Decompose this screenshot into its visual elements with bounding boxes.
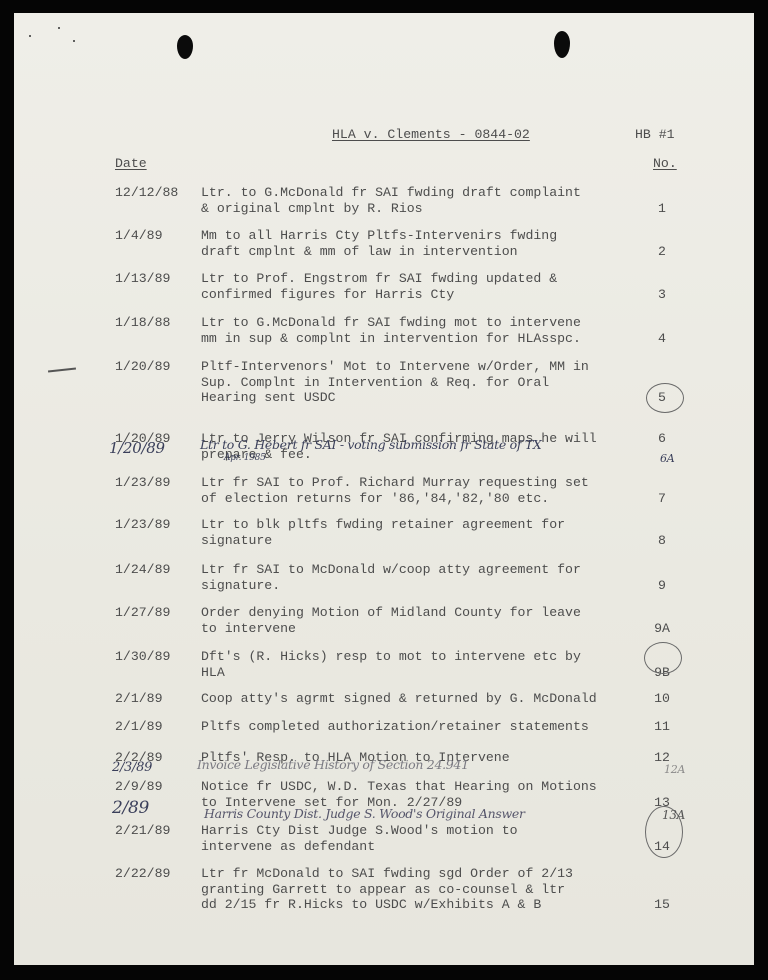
entry-number: 7 (642, 491, 682, 507)
handwritten-note-12a: Invoice Legislative History of Section 2… (197, 757, 469, 772)
speck (29, 35, 31, 37)
speck (73, 40, 75, 42)
entry-description: signature. (201, 578, 280, 594)
entry-date: 2/9/89 (115, 779, 162, 795)
entry-description: draft cmplnt & mm of law in intervention (201, 244, 518, 260)
entry-number: 3 (642, 287, 682, 303)
entry-description: Dft's (R. Hicks) resp to mot to interven… (201, 649, 581, 665)
entry-description: Ltr fr McDonald to SAI fwding sgd Order … (201, 866, 573, 882)
handwritten-no-12a: 12A (664, 763, 685, 776)
column-header-date: Date (115, 156, 147, 172)
entry-description: Coop atty's agrmt signed & returned by G… (201, 691, 597, 707)
entry-description: Mm to all Harris Cty Pltfs-Intervenirs f… (201, 228, 557, 244)
entry-description: Ltr to G.McDonald fr SAI fwding mot to i… (201, 315, 581, 331)
entry-date: 2/1/89 (115, 691, 162, 707)
binder-label: HB #1 (635, 127, 675, 143)
handwritten-note-6a: Ltr to G. Hebert fr SAI - voting submiss… (200, 437, 542, 452)
entry-number: 10 (642, 691, 682, 707)
entry-description: Ltr fr SAI to McDonald w/coop atty agree… (201, 562, 581, 578)
handwritten-no-6a: 6A (660, 452, 674, 465)
entry-description: to intervene (201, 621, 296, 637)
entry-date: 1/27/89 (115, 605, 170, 621)
entry-description: Ltr to blk pltfs fwding retainer agreeme… (201, 517, 565, 533)
document-title: HLA v. Clements - 0844-02 (332, 127, 530, 143)
entry-number: 4 (642, 331, 682, 347)
circle-mark-9b (644, 642, 682, 674)
handwritten-sub-6a: Apr. 1985 (224, 453, 266, 463)
entry-number: 15 (642, 897, 682, 913)
entry-date: 1/23/89 (115, 475, 170, 491)
entry-number: 9 (642, 578, 682, 594)
entry-description: intervene as defendant (201, 839, 375, 855)
column-header-no: No. (653, 156, 677, 172)
entry-date: 1/23/89 (115, 517, 170, 533)
entry-description: of election returns for '86,'84,'82,'80 … (201, 491, 549, 507)
entry-number: 1 (642, 201, 682, 217)
handwritten-note-13a: Harris County Dist. Judge S. Wood's Orig… (204, 806, 525, 821)
entry-description: Ltr. to G.McDonald fr SAI fwding draft c… (201, 185, 581, 201)
margin-mark (48, 368, 76, 373)
punch-hole-left (177, 35, 193, 59)
entry-description: signature (201, 533, 272, 549)
entry-description: confirmed figures for Harris Cty (201, 287, 454, 303)
entry-date: 1/4/89 (115, 228, 162, 244)
entry-number: 9A (642, 621, 682, 637)
entry-description: Notice fr USDC, W.D. Texas that Hearing … (201, 779, 597, 795)
entry-description: & original cmplnt by R. Rios (201, 201, 423, 217)
document-page: HLA v. Clements - 0844-02 HB #1 Date No.… (14, 13, 754, 965)
entry-description: Pltfs completed authorization/retainer s… (201, 719, 589, 735)
handwritten-date-12a: 2/3/89 (112, 760, 152, 775)
circle-mark-5 (646, 383, 684, 413)
entry-description: Ltr fr SAI to Prof. Richard Murray reque… (201, 475, 589, 491)
entry-description: Ltr to Prof. Engstrom fr SAI fwding upda… (201, 271, 557, 287)
handwritten-date-6a: 1/20/89 (109, 439, 165, 457)
entry-number: 8 (642, 533, 682, 549)
entry-date: 2/22/89 (115, 866, 170, 882)
speck (58, 27, 60, 29)
handwritten-no-13a: 13A (662, 808, 685, 822)
entry-date: 1/13/89 (115, 271, 170, 287)
entry-description: dd 2/15 fr R.Hicks to USDC w/Exhibits A … (201, 897, 541, 913)
punch-hole-right (554, 31, 570, 58)
entry-date: 1/24/89 (115, 562, 170, 578)
entry-number: 6 (642, 431, 682, 447)
entry-date: 12/12/88 (115, 185, 178, 201)
entry-date: 2/21/89 (115, 823, 170, 839)
entry-date: 2/1/89 (115, 719, 162, 735)
entry-date: 1/30/89 (115, 649, 170, 665)
entry-description: HLA (201, 665, 225, 681)
entry-description: Hearing sent USDC (201, 390, 336, 406)
entry-description: Order denying Motion of Midland County f… (201, 605, 581, 621)
entry-number: 11 (642, 719, 682, 735)
handwritten-date-13a: 2/89 (112, 798, 149, 818)
entry-description: Pltf-Intervenors' Mot to Intervene w/Ord… (201, 359, 589, 375)
entry-description: Sup. Complnt in Intervention & Req. for … (201, 375, 549, 391)
entry-description: mm in sup & complnt in intervention for … (201, 331, 581, 347)
entry-date: 1/20/89 (115, 359, 170, 375)
entry-date: 1/18/88 (115, 315, 170, 331)
entry-description: granting Garrett to appear as co-counsel… (201, 882, 565, 898)
entry-description: Harris Cty Dist Judge S.Wood's motion to (201, 823, 518, 839)
entry-number: 2 (642, 244, 682, 260)
